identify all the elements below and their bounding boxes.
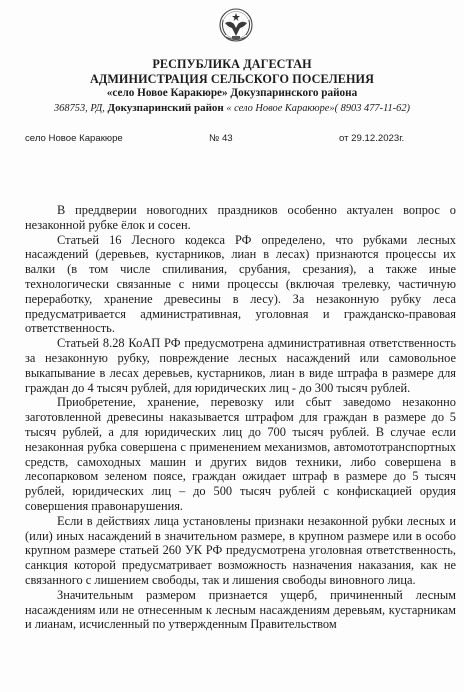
header-administration: АДМИНИСТРАЦИЯ СЕЛЬСКОГО ПОСЕЛЕНИЯ: [0, 72, 464, 87]
document-page: РЕСПУБЛИКА ДАГЕСТАН АДМИНИСТРАЦИЯ СЕЛЬСК…: [0, 0, 464, 692]
paragraph-forest-code: Статьей 16 Лесного кодекса РФ определено…: [25, 233, 456, 337]
paragraph-intro: В преддверии новогодних праздников особе…: [25, 203, 456, 233]
coat-of-arms-icon: [216, 6, 256, 46]
paragraph-criminal: Если в действиях лица установлены призна…: [25, 514, 456, 588]
paragraph-koap: Статьей 8.28 КоАП РФ предусмотрена админ…: [25, 336, 456, 395]
document-place: село Новое Каракюре: [25, 133, 123, 144]
address-village-phone: « село Новое Каракюре»( 8903 477-11-62): [226, 103, 410, 114]
paragraph-significant-damage: Значительным размером признается ущерб, …: [25, 588, 456, 632]
document-meta: село Новое Каракюре № 43 от 29.12.2023г.: [0, 133, 464, 147]
header-republic: РЕСПУБЛИКА ДАГЕСТАН: [0, 57, 464, 72]
document-body: В преддверии новогодних праздников особе…: [25, 203, 456, 632]
document-number: № 43: [209, 133, 233, 144]
address-postal: 368753, РД,: [54, 103, 105, 114]
document-date: от 29.12.2023г.: [339, 133, 404, 144]
paragraph-timber-sale: Приобретение, хранение, перевозку или сб…: [25, 395, 456, 513]
header-address: 368753, РД, Докузпаринский район « село …: [0, 102, 464, 114]
address-district: Докузпаринский район: [108, 102, 224, 114]
header-settlement: «село Новое Каракюре» Докузпаринского ра…: [0, 87, 464, 99]
